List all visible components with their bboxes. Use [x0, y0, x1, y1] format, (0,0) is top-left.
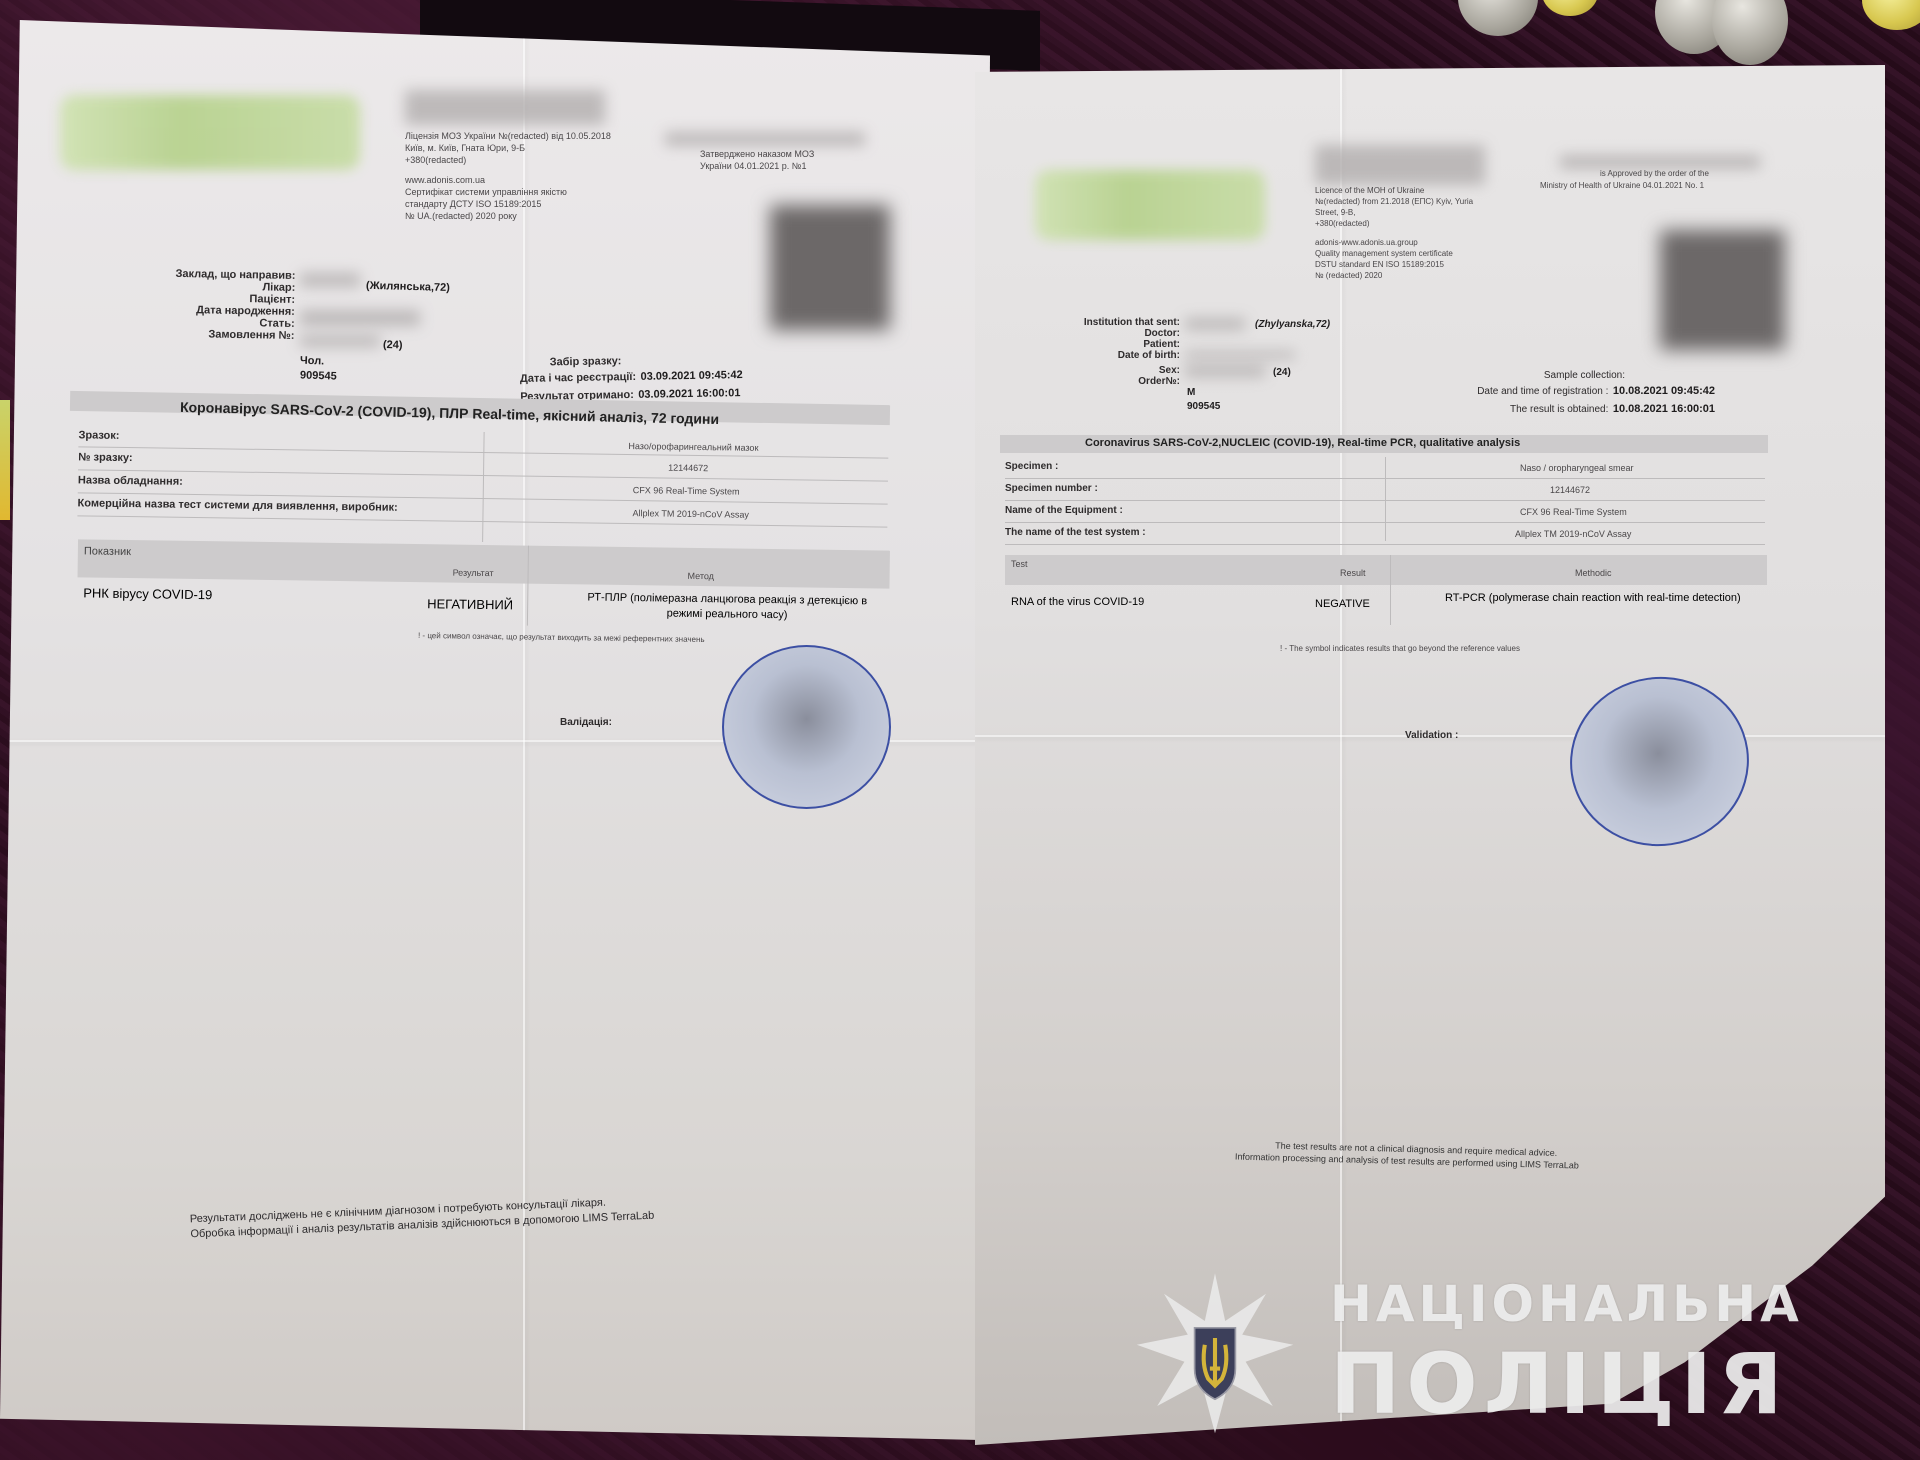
results-header-method: Метод: [688, 570, 715, 582]
lab-info-line: www.adonis.com.ua: [405, 174, 611, 186]
specimen-value: Allplex TM 2019-nCoV Assay: [632, 507, 749, 521]
redacted-patient-name: [1185, 351, 1295, 359]
specimen-row: The name of the test system : Allplex TM…: [1005, 523, 1765, 545]
result-obtained-value: 03.09.2021 16:00:01: [638, 387, 740, 401]
results-row: РНК вірусу COVID-19 НЕГАТИВНИЙ РТ-ПЛР (п…: [77, 579, 889, 630]
result-obtained-label: The result is obtained:: [1510, 404, 1608, 415]
institution-value: (Жилянська,72): [298, 278, 450, 294]
specimen-value: Naso / oropharyngeal smear: [1520, 462, 1634, 474]
police-star-emblem-icon: [1130, 1270, 1300, 1440]
lab-info-line: № UA.(redacted) 2020 року: [405, 210, 611, 222]
footnote: ! - The symbol indicates results that go…: [1280, 643, 1520, 655]
right-document-english: Licence of the MOH of Ukraine №(redacted…: [975, 65, 1885, 1445]
lab-info-line: Київ, м. Київ, Гната Юри, 9-Б: [405, 142, 611, 154]
redacted-stamp: [1559, 665, 1760, 857]
result-obtained-value: 10.08.2021 16:00:01: [1613, 403, 1715, 415]
redacted-lab-name: [1315, 145, 1485, 185]
approval-line: України 04.01.2021 р. №1: [700, 160, 814, 172]
specimen-value: CFX 96 Real-Time System: [633, 484, 740, 497]
result-method: РТ-ПЛР (полімеразна ланцюгова реакція з …: [577, 590, 877, 624]
results-header-result: Результат: [453, 567, 494, 580]
test-title: Coronavirus SARS-CoV-2,NUCLEIC (COVID-19…: [1085, 437, 1520, 449]
patient-info-labels: Institution that sent: Doctor: Patient: …: [1015, 317, 1180, 387]
specimen-row: Specimen number : 12144672: [1005, 479, 1765, 501]
order-value: 909545: [300, 369, 337, 382]
redacted-lab-logo: [1035, 170, 1265, 240]
lab-info-line: Сертифікат системи управління якістю: [405, 186, 611, 198]
lab-info-line: DSTU standard EN ISO 15189:2015: [1315, 259, 1473, 270]
specimen-row: Name of the Equipment : CFX 96 Real-Time…: [1005, 501, 1765, 523]
footnote: ! - цей символ означає, що результат вих…: [418, 630, 705, 646]
specimen-value: 12144672: [668, 462, 708, 475]
specimen-label: Name of the Equipment :: [1005, 505, 1123, 516]
results-table: Показник Результат Метод РНК вірусу COVI…: [78, 539, 890, 550]
dob-value: (24): [1273, 367, 1291, 378]
approval-line: is Approved by the order of the: [1540, 168, 1709, 180]
redacted-approval: [1560, 155, 1760, 169]
redacted-institution: [1185, 318, 1245, 330]
sample-info: Sample collection: Date and time of regi…: [1425, 370, 1715, 417]
results-row: RNA of the virus COVID-19 NEGATIVE RT-PC…: [1005, 587, 1767, 625]
lab-info-line: Licence of the MOH of Ukraine: [1315, 185, 1473, 196]
institution-label: Institution that sent:: [1015, 317, 1180, 328]
specimen-label: Specimen :: [1005, 461, 1058, 472]
results-header-band: [1005, 555, 1767, 585]
result-value-negative: NEGATIVE: [1315, 597, 1370, 612]
specimen-label: Specimen number :: [1005, 483, 1098, 494]
redacted-dob: [1185, 365, 1265, 377]
specimen-value: 12144672: [1550, 484, 1590, 496]
lab-info-line: adonis-www.adonis.ua.group: [1315, 237, 1473, 248]
watermark-police: ПОЛІЦІЯ: [1330, 1335, 1789, 1433]
dob-value: (24): [315, 336, 403, 351]
registration-value: 03.09.2021 09:45:42: [640, 369, 742, 383]
specimen-value: CFX 96 Real-Time System: [1520, 506, 1627, 518]
sex-label: Sex:: [1015, 361, 1180, 376]
approval-line: Ministry of Health of Ukraine 04.01.2021…: [1540, 180, 1709, 192]
lab-info-line: стандарту ДСТУ ISO 15189:2015: [405, 198, 611, 210]
redacted-qr-code: [770, 205, 890, 330]
specimen-label: Комерційна назва тест системи для виявле…: [78, 497, 398, 513]
specimen-value: Назо/орофарингеальний мазок: [628, 440, 758, 454]
results-header-result: Result: [1340, 567, 1366, 579]
footer-note: Результати досліджень не є клінічним діа…: [190, 1194, 655, 1243]
validation-label: Валідація:: [560, 717, 612, 728]
result-method: RT-PCR (polymerase chain reaction with r…: [1445, 591, 1745, 606]
institution-value: (Zhylyanska,72): [1255, 319, 1330, 330]
doctor-label: Doctor:: [1015, 328, 1180, 339]
result-test-name: РНК вірусу COVID-19: [83, 585, 212, 602]
redacted-patient-name: [300, 310, 420, 326]
lab-info-line: №(redacted) from 21.2018 (ЕПС) Kyiv, Yur…: [1315, 196, 1473, 207]
registration-label: Date and time of registration :: [1477, 386, 1608, 397]
specimen-value: Allplex TM 2019-nCoV Assay: [1515, 528, 1631, 540]
results-header-test: Показник: [84, 544, 131, 560]
redacted-stamp: [722, 645, 891, 809]
result-test-name: RNA of the virus COVID-19: [1011, 595, 1144, 610]
lab-info-line: +380(redacted): [405, 154, 611, 166]
approval-note: Затверджено наказом МОЗ України 04.01.20…: [700, 148, 814, 172]
lab-info-line: Ліцензія МОЗ України №(redacted) від 10.…: [405, 130, 611, 142]
order-value: 909545: [1187, 401, 1220, 412]
lab-info-line: Street, 9-B,: [1315, 207, 1473, 218]
redacted-lab-name: [405, 90, 605, 125]
left-document-ukrainian: Ліцензія МОЗ України №(redacted) від 10.…: [0, 20, 990, 1440]
lab-info-line: № (redacted) 2020: [1315, 270, 1473, 281]
watermark-national: НАЦІОНАЛЬНА: [1330, 1275, 1803, 1333]
results-header-method: Methodic: [1575, 567, 1612, 579]
specimen-table: Specimen : Naso / oropharyngeal smear Sp…: [1005, 457, 1765, 545]
lab-info-line: +380(redacted): [1315, 218, 1473, 229]
approval-note: is Approved by the order of the Ministry…: [1540, 168, 1709, 192]
sex-value: M: [1187, 387, 1195, 398]
specimen-label: The name of the test system :: [1005, 527, 1146, 538]
specimen-label: № зразку:: [78, 451, 133, 464]
approval-line: Затверджено наказом МОЗ: [700, 148, 814, 160]
sample-info: Забір зразку: Дата і час реєстрації: 03.…: [520, 353, 744, 405]
registration-label: Дата і час реєстрації:: [520, 371, 636, 385]
lab-info-line: Quality management system certificate: [1315, 248, 1473, 259]
redacted-qr-code: [1660, 230, 1785, 350]
specimen-label: Назва обладнання:: [78, 474, 183, 487]
validation-label: Validation :: [1405, 730, 1458, 741]
yellow-object-edge: [0, 400, 10, 520]
sex-value: Чол.: [300, 355, 325, 368]
order-label: Замовлення №:: [69, 326, 294, 342]
specimen-row: Specimen : Naso / oropharyngeal smear: [1005, 457, 1765, 479]
results-header-test: Test: [1011, 558, 1028, 570]
patient-info-labels: Заклад, що направив: Лікар: Пацієнт: Дат…: [69, 266, 295, 342]
patient-label: Patient:: [1015, 339, 1180, 350]
redacted-lab-logo: [60, 95, 360, 170]
lab-info-block: Ліцензія МОЗ України №(redacted) від 10.…: [405, 130, 611, 222]
order-label: Order№:: [1015, 376, 1180, 387]
lab-info-block: Licence of the MOH of Ukraine №(redacted…: [1315, 185, 1473, 281]
dob-label: Date of birth:: [1015, 350, 1180, 361]
specimen-table: Зразок: Назо/орофарингеальний мазок № зр…: [77, 426, 888, 527]
sample-collection-label: Sample collection:: [1425, 370, 1715, 381]
registration-value: 10.08.2021 09:45:42: [1613, 385, 1715, 397]
redacted-approval: [665, 132, 865, 146]
footer-note: The test results are not a clinical diag…: [1235, 1139, 1580, 1172]
result-value-negative: НЕГАТИВНИЙ: [427, 596, 513, 612]
specimen-label: Зразок:: [78, 429, 119, 442]
